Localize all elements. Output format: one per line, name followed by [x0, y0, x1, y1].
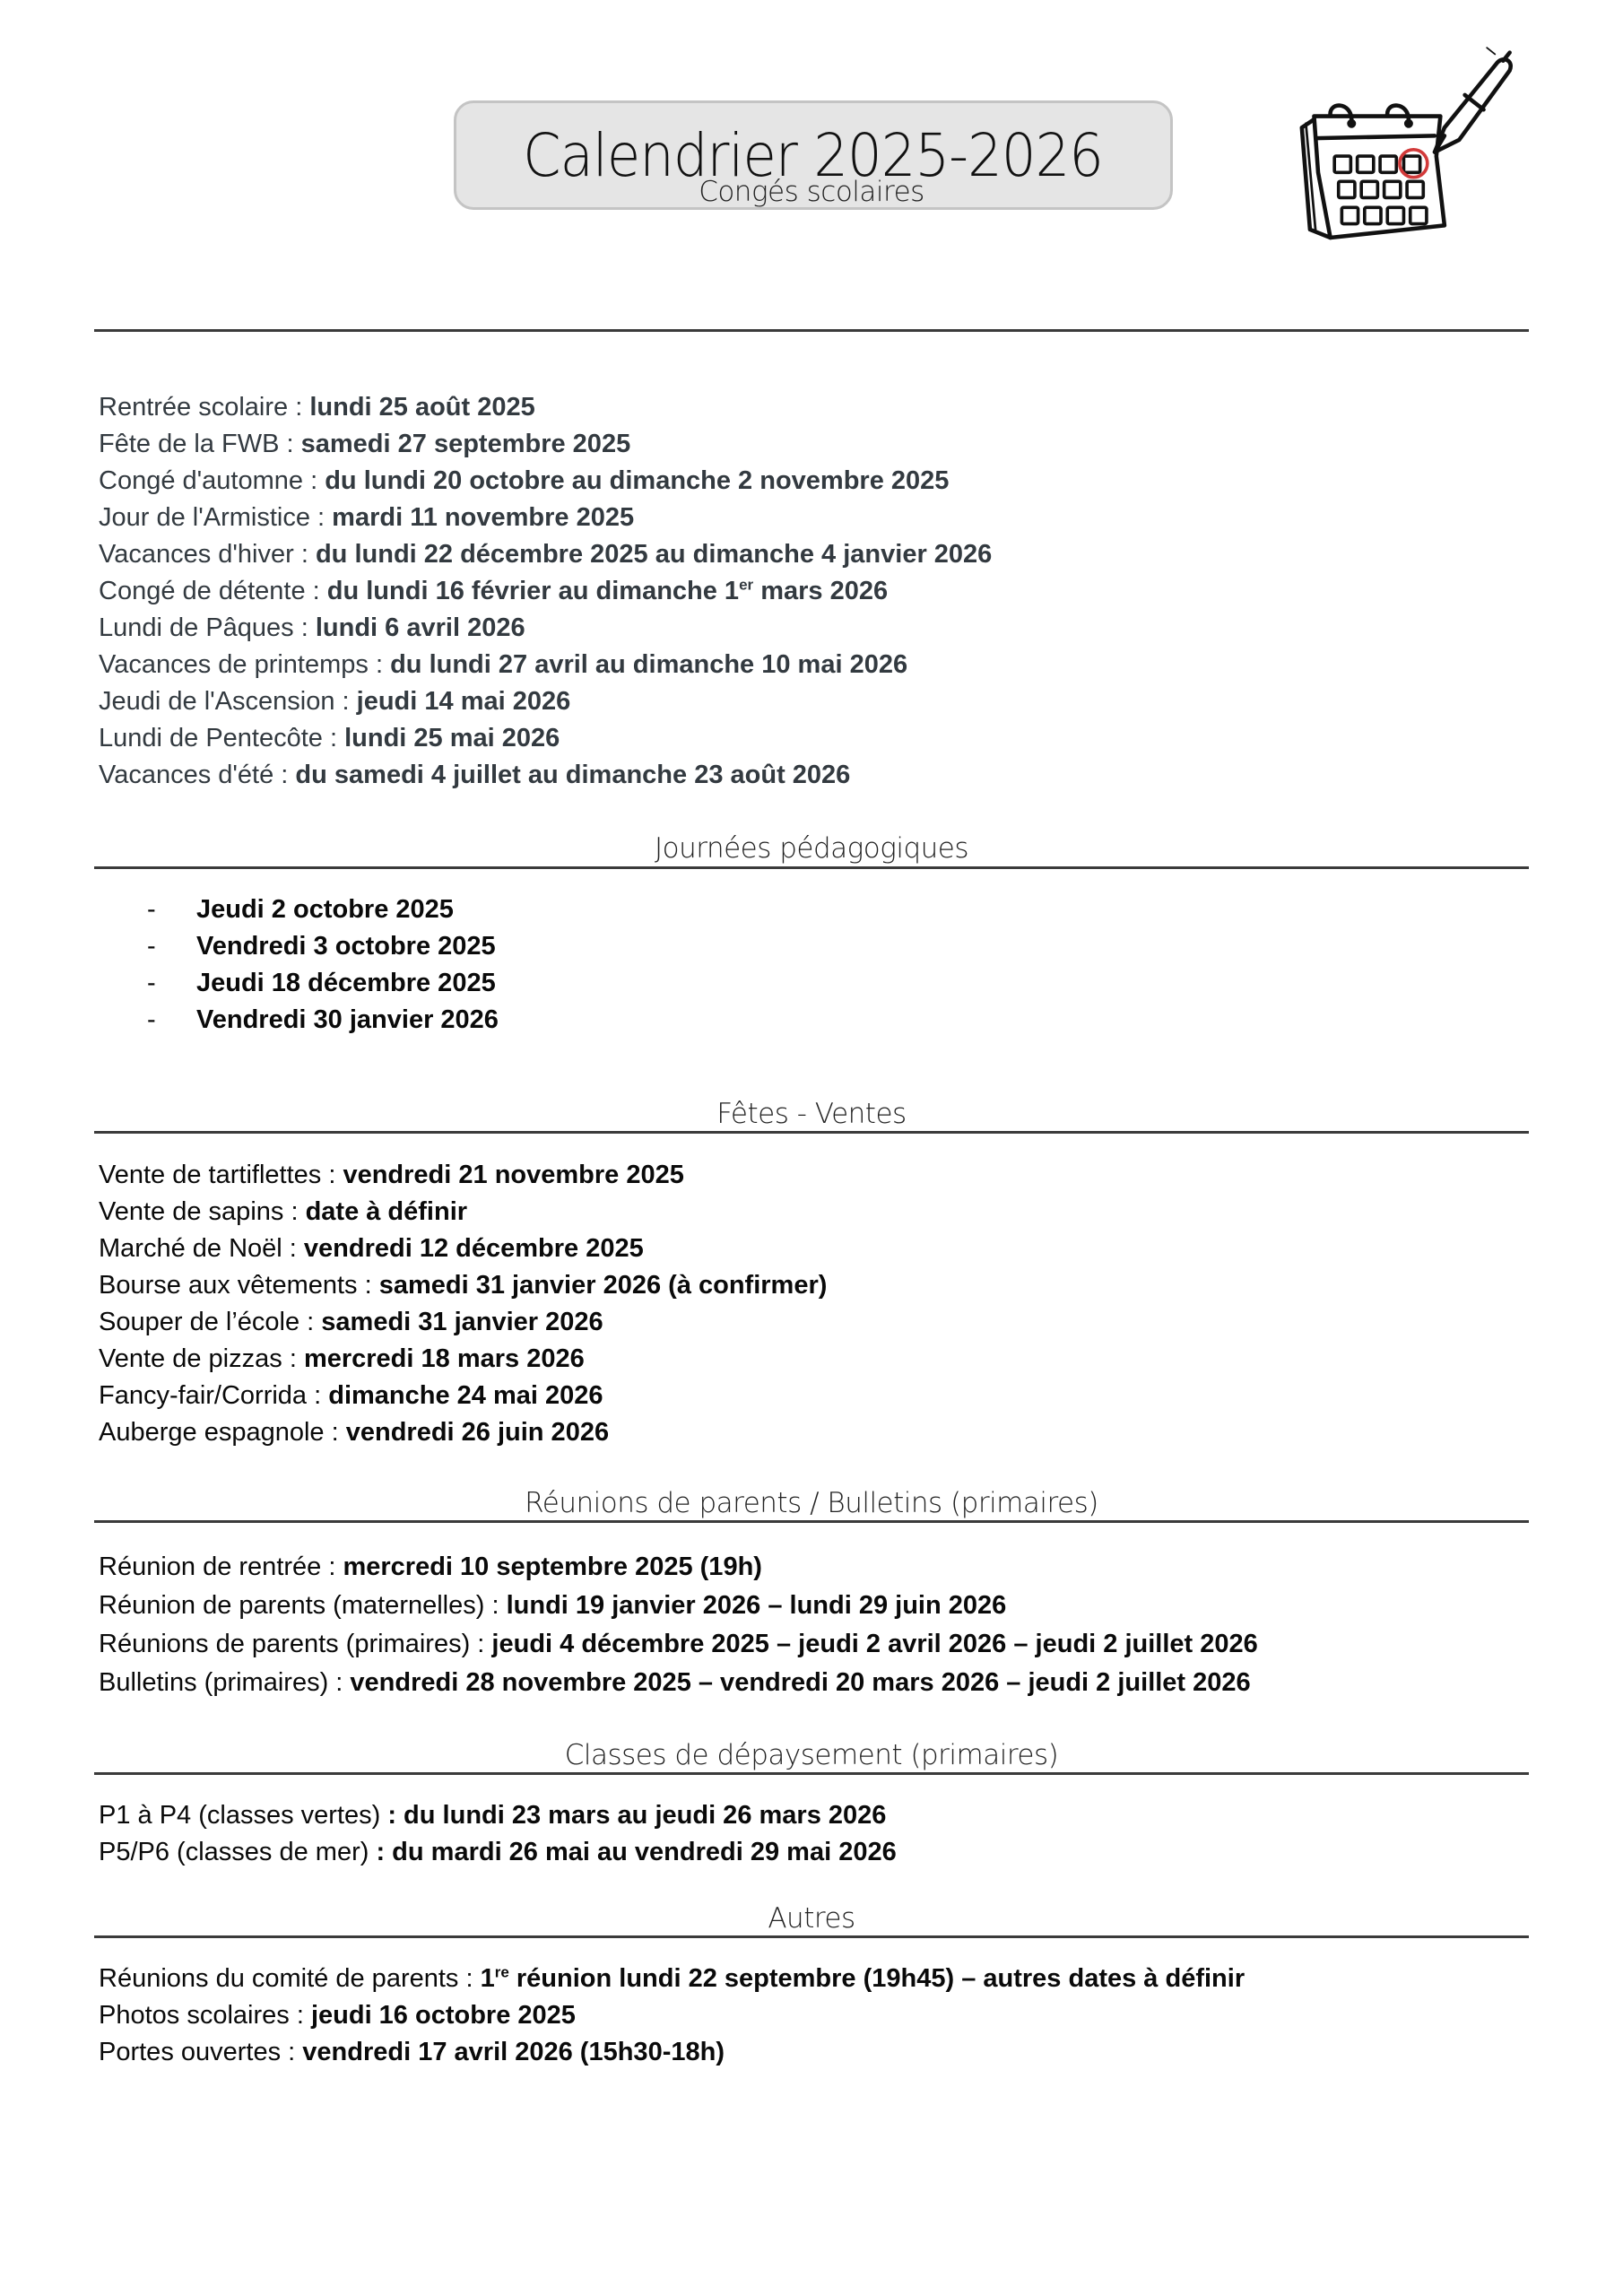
list-item: Vente de pizzas : mercredi 18 mars 2026 [99, 1341, 827, 1378]
classes-list: P1 à P4 (classes vertes) : du lundi 23 m… [99, 1797, 897, 1871]
list-item: Rentrée scolaire : lundi 25 août 2025 [99, 389, 992, 426]
list-item: -Jeudi 2 octobre 2025 [147, 891, 499, 928]
list-item: Fête de la FWB : samedi 27 septembre 202… [99, 426, 992, 463]
list-item: Vacances d'été : du samedi 4 juillet au … [99, 757, 992, 794]
list-item: Souper de l’école : samedi 31 janvier 20… [99, 1304, 827, 1341]
section-divider [94, 1131, 1529, 1134]
section-divider [94, 1520, 1529, 1523]
calendar-with-pen-icon [1273, 36, 1542, 260]
list-item: Vente de sapins : date à définir [99, 1194, 827, 1231]
list-item: Réunions de parents (primaires) : jeudi … [99, 1625, 1258, 1664]
list-item: -Vendredi 30 janvier 2026 [147, 1002, 499, 1039]
list-item: Lundi de Pâques : lundi 6 avril 2026 [99, 610, 992, 647]
list-item: Bourse aux vêtements : samedi 31 janvier… [99, 1267, 827, 1304]
list-item: Jour de l'Armistice : mardi 11 novembre … [99, 500, 992, 536]
list-item: Congé d'automne : du lundi 20 octobre au… [99, 463, 992, 500]
section-title-fetes: Fêtes - Ventes [94, 1098, 1529, 1130]
list-item: Lundi de Pentecôte : lundi 25 mai 2026 [99, 720, 992, 757]
section-divider [94, 329, 1529, 332]
conges-list: Rentrée scolaire : lundi 25 août 2025 Fê… [99, 389, 992, 794]
list-item: Portes ouvertes : vendredi 17 avril 2026… [99, 2034, 1245, 2071]
list-item: Fancy-fair/Corrida : dimanche 24 mai 202… [99, 1378, 827, 1414]
section-title-journees: Journées pédagogiques [94, 832, 1529, 865]
list-item: -Vendredi 3 octobre 2025 [147, 928, 499, 965]
section-divider [94, 1935, 1529, 1938]
list-item: Réunion de rentrée : mercredi 10 septemb… [99, 1548, 1258, 1587]
list-item: -Jeudi 18 décembre 2025 [147, 965, 499, 1002]
list-item: P1 à P4 (classes vertes) : du lundi 23 m… [99, 1797, 897, 1834]
journees-list: -Jeudi 2 octobre 2025 -Vendredi 3 octobr… [147, 891, 499, 1039]
list-item: Vacances de printemps : du lundi 27 avri… [99, 647, 992, 683]
section-title-conges: Congés scolaires [94, 176, 1529, 208]
section-title-classes: Classes de dépaysement (primaires) [94, 1739, 1529, 1771]
list-item: Marché de Noël : vendredi 12 décembre 20… [99, 1231, 827, 1267]
list-item: Auberge espagnole : vendredi 26 juin 202… [99, 1414, 827, 1451]
list-item: Bulletins (primaires) : vendredi 28 nove… [99, 1664, 1258, 1702]
section-divider [94, 1772, 1529, 1775]
section-divider [94, 866, 1529, 869]
autres-list: Réunions du comité de parents : 1re réun… [99, 1961, 1245, 2071]
list-item: Photos scolaires : jeudi 16 octobre 2025 [99, 1997, 1245, 2034]
list-item: Réunion de parents (maternelles) : lundi… [99, 1587, 1258, 1625]
list-item: Réunions du comité de parents : 1re réun… [99, 1961, 1245, 1997]
list-item: Vente de tartiflettes : vendredi 21 nove… [99, 1157, 827, 1194]
list-item: Congé de détente : du lundi 16 février a… [99, 573, 992, 610]
list-item: Jeudi de l'Ascension : jeudi 14 mai 2026 [99, 683, 992, 720]
section-title-reunions: Réunions de parents / Bulletins (primair… [94, 1487, 1529, 1519]
fetes-list: Vente de tartiflettes : vendredi 21 nove… [99, 1157, 827, 1451]
list-item: P5/P6 (classes de mer) : du mardi 26 mai… [99, 1834, 897, 1871]
list-item: Vacances d'hiver : du lundi 22 décembre … [99, 536, 992, 573]
reunions-list: Réunion de rentrée : mercredi 10 septemb… [99, 1548, 1258, 1702]
section-title-autres: Autres [94, 1902, 1529, 1935]
